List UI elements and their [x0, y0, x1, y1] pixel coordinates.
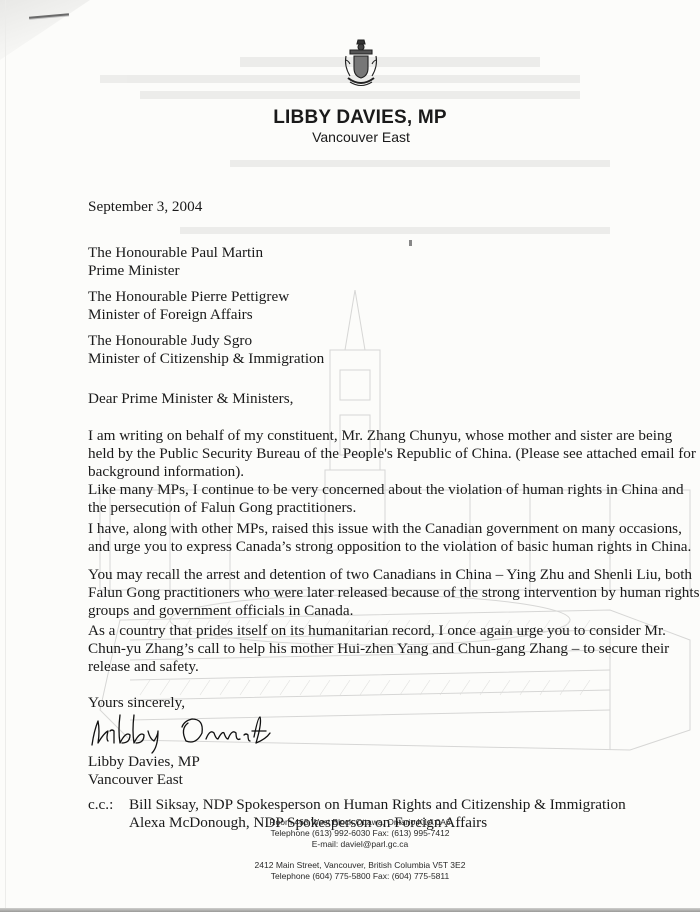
body-paragraph: As a country that prides itself on its h…: [88, 622, 669, 676]
letter-date: September 3, 2004: [88, 198, 202, 216]
bleed-through-text: [60, 55, 580, 115]
footer-ottawa-address: Room 463 West Block Ottawa, Ontario K1A …: [0, 817, 700, 850]
recipient-title: Minister of Foreign Affairs: [88, 306, 289, 324]
footer-vancouver-address: 2412 Main Street, Vancouver, British Col…: [0, 860, 700, 882]
paragraph-line: Chun-yu Zhang’s call to help his mother …: [88, 640, 669, 658]
footer-line: Telephone (604) 775-5800 Fax: (604) 775-…: [20, 871, 700, 882]
paragraph-line: I am writing on behalf of my constituent…: [88, 427, 696, 445]
body-paragraph: I am writing on behalf of my constituent…: [88, 427, 696, 481]
paragraph-line: release and safety.: [88, 658, 669, 676]
recipient-title: Prime Minister: [88, 262, 263, 280]
letter-page: LIBBY DAVIES, MP Vancouver East Septembe…: [0, 0, 700, 912]
paragraph-line: the persecution of Falun Gong practition…: [88, 499, 684, 517]
bleed-through-text: [90, 160, 610, 234]
coat-of-arms-icon: [342, 38, 380, 88]
paragraph-line: As a country that prides itself on its h…: [88, 622, 669, 640]
recipient-block: The Honourable Paul Martin Prime Ministe…: [88, 244, 263, 280]
paragraph-line: You may recall the arrest and detention …: [88, 566, 700, 584]
signatory-block: Libby Davies, MP Vancouver East: [88, 753, 200, 789]
body-paragraph: I have, along with other MPs, raised thi…: [88, 520, 691, 556]
recipient-block: The Honourable Pierre Pettigrew Minister…: [88, 288, 289, 324]
paragraph-line: Like many MPs, I continue to be very con…: [88, 481, 684, 499]
footer-email: E-mail: daviel@parl.gc.ca: [20, 839, 700, 850]
salutation: Dear Prime Minister & Ministers,: [88, 390, 293, 408]
paragraph-line: and urge you to express Canada’s strong …: [88, 538, 691, 556]
paragraph-line: Falun Gong practitioners who were later …: [88, 584, 700, 602]
signatory-name: Libby Davies, MP: [88, 753, 200, 771]
recipient-name: The Honourable Judy Sgro: [88, 332, 324, 350]
paragraph-line: groups and government officials in Canad…: [88, 602, 700, 620]
recipient-name: The Honourable Pierre Pettigrew: [88, 288, 289, 306]
paragraph-line: held by the Public Security Bureau of th…: [88, 445, 696, 463]
footer-line: Room 463 West Block Ottawa, Ontario K1A …: [20, 817, 700, 828]
recipient-name: The Honourable Paul Martin: [88, 244, 263, 262]
paragraph-line: I have, along with other MPs, raised thi…: [88, 520, 691, 538]
page-bottom-edge: [0, 908, 700, 912]
folded-corner: [0, 0, 90, 60]
letterhead-riding: Vancouver East: [0, 129, 700, 145]
letterhead-name: LIBBY DAVIES, MP: [0, 107, 700, 129]
handwritten-signature: [88, 705, 308, 755]
recipient-block: The Honourable Judy Sgro Minister of Cit…: [88, 332, 324, 368]
body-paragraph: Like many MPs, I continue to be very con…: [88, 481, 684, 517]
footer-line: Telephone (613) 992-6030 Fax: (613) 995-…: [20, 828, 700, 839]
cc-label: c.c.:: [88, 796, 113, 814]
cc-recipient: Bill Siksay, NDP Spokesperson on Human R…: [129, 796, 626, 814]
paragraph-line: background information).: [88, 463, 696, 481]
recipient-title: Minister of Citizenship & Immigration: [88, 350, 324, 368]
footer-line: 2412 Main Street, Vancouver, British Col…: [20, 860, 700, 871]
signatory-riding: Vancouver East: [88, 771, 200, 789]
body-paragraph: You may recall the arrest and detention …: [88, 566, 700, 620]
ink-speck: [409, 240, 412, 246]
